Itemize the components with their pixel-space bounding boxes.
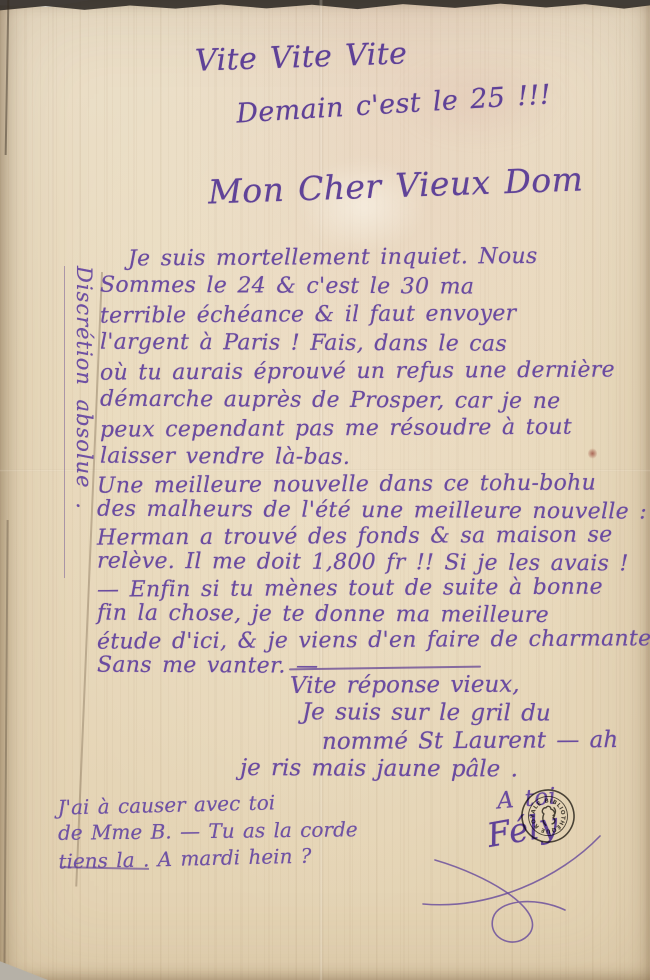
closing-line: Je suis sur le gril du xyxy=(302,698,618,728)
corner-bottom-left xyxy=(0,954,48,980)
letter-line: Herman a trouvé des fonds & sa maison se xyxy=(97,522,629,551)
letter-line: fin la chose, je te donne ma meilleure xyxy=(97,601,629,630)
letter-line: — Enfin si tu mènes tout de suite à bonn… xyxy=(97,574,629,603)
lion-rampant-icon xyxy=(540,805,558,826)
letter-line: Je suis mortellement inquiet. Nous xyxy=(100,242,628,274)
letter-line: où tu aurais éprouvé un refus une derniè… xyxy=(100,356,628,388)
letter-line: peux cependant pas me résoudre à tout xyxy=(100,413,628,445)
closing-block: Vite réponse vieux, Je suis sur le gril … xyxy=(284,671,618,783)
letter-paper: Vite Vite Vite Demain c'est le 25 !!! Mo… xyxy=(0,0,650,980)
letter-line: relève. Il me doit 1,800 fr !! Si je les… xyxy=(97,549,629,578)
letter-line: étude d'ici, & je viens d'en faire de ch… xyxy=(97,626,629,655)
letter-line: l'argent à Paris ! Fais, dans le cas xyxy=(100,328,628,359)
stamp-text: BIBLIOTHÈQUE ROYALE DE BELGIQUE ★ xyxy=(527,795,570,838)
signature-flourish xyxy=(395,818,610,968)
letter-line: terrible échéance & il faut envoyer xyxy=(100,299,628,331)
body-paragraph-2: Une meilleure nouvelle dans ce tohu-bohu… xyxy=(97,472,629,680)
letter-line: Sommes le 24 & c'est le 30 ma xyxy=(100,271,628,302)
header-urgency-line: Vite Vite Vite xyxy=(194,36,407,78)
body-paragraph-1: Je suis mortellement inquiet. Nous Somme… xyxy=(100,244,628,472)
letter-line: démarche auprès de Prosper, car je ne xyxy=(100,385,628,416)
closing-line: nommé St Laurent — ah xyxy=(322,726,618,756)
torn-top-edge xyxy=(0,0,650,12)
letter-line: laisser vendre là-bas. xyxy=(100,442,628,473)
postscript-block: J'ai à causer avec toi de Mme B. — Tu as… xyxy=(57,788,358,874)
letter-line: Une meilleure nouvelle dans ce tohu-bohu xyxy=(97,470,629,499)
salutation: Mon Cher Vieux Dom xyxy=(207,159,583,211)
paper-left-edge-lower xyxy=(3,520,8,980)
letter-line: des malheurs de l'été une meilleure nouv… xyxy=(97,497,629,526)
postscript-line: tiens la . A mardi hein ? xyxy=(58,841,358,875)
closing-line: Vite réponse vieux, xyxy=(290,670,618,700)
margin-note: Discrétion absolue . xyxy=(64,266,96,578)
paper-left-edge xyxy=(5,0,10,155)
closing-line: je ris mais jaune pâle . xyxy=(240,754,618,784)
